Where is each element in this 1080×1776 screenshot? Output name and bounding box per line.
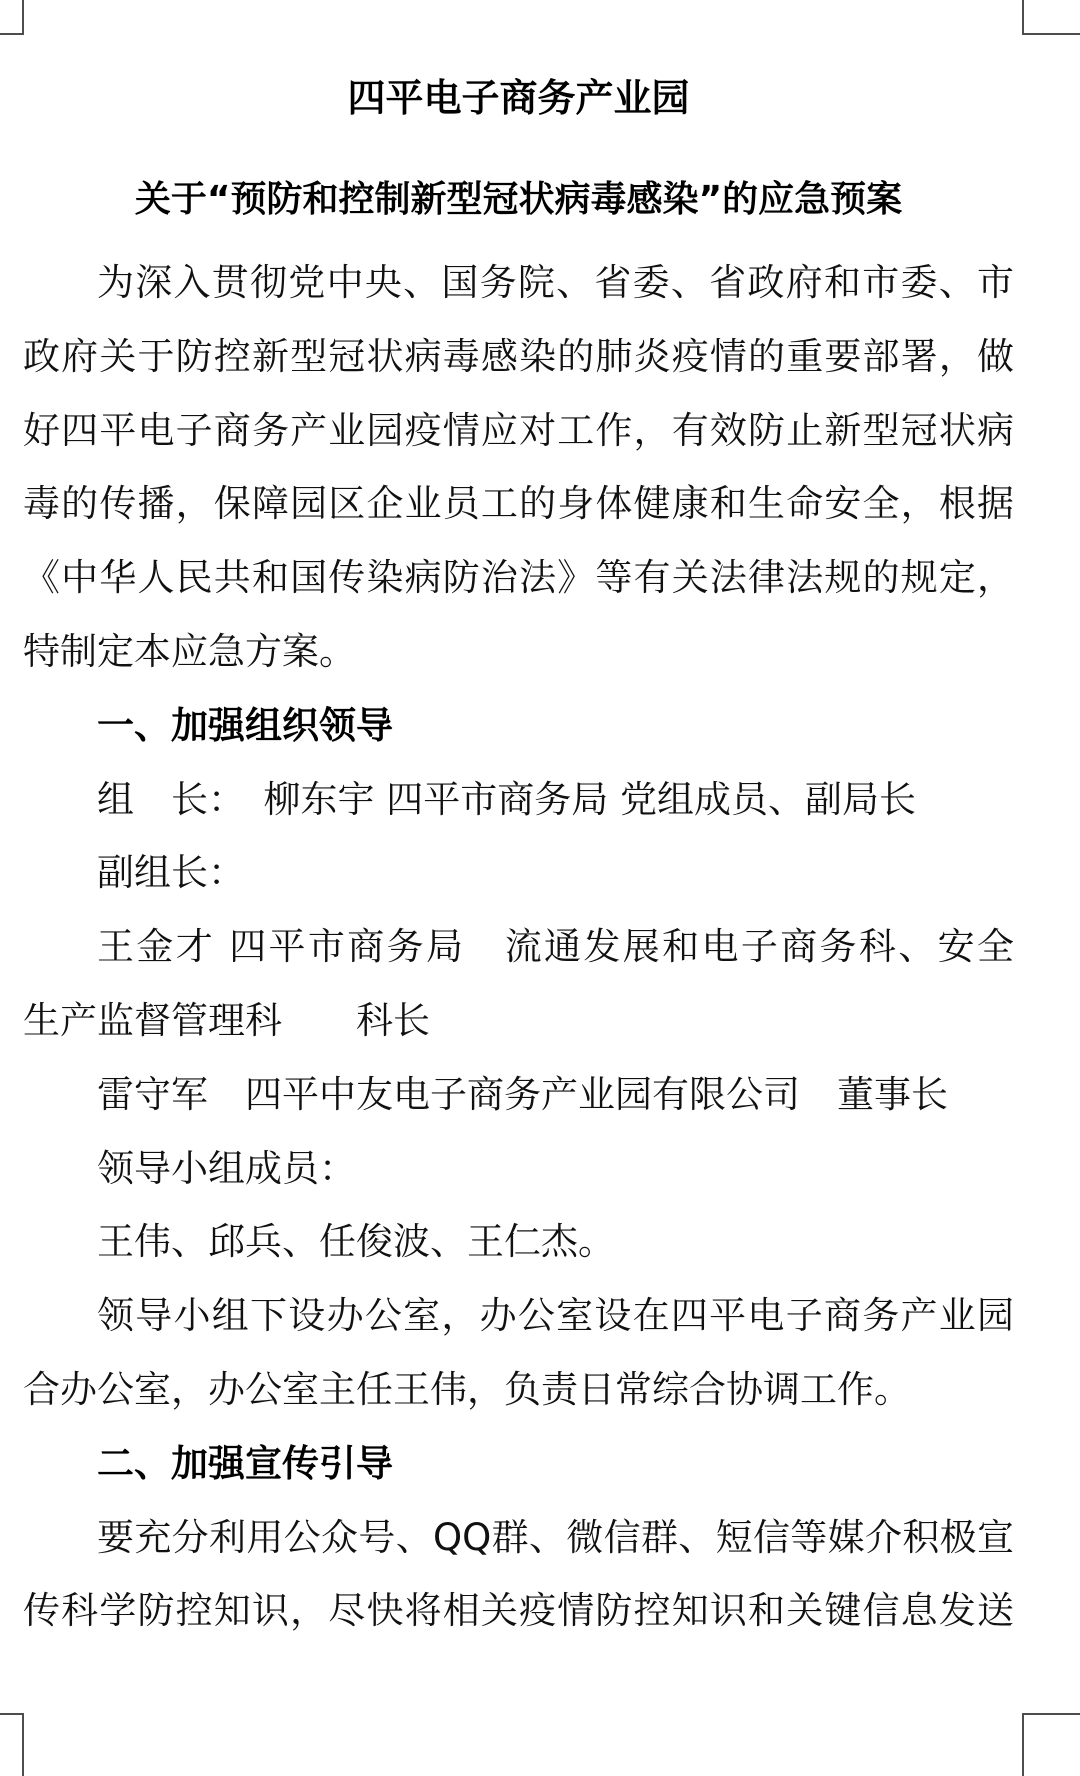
document-text-line: 《中华人民共和国传染病防治法》等有关法律法规的规定，	[23, 541, 1014, 615]
document-text-line: 毒的传播，保障园区企业员工的身体健康和生命安全，根据	[23, 467, 1014, 541]
document-text-line: 王伟、邱兵、任俊波、王仁杰。	[23, 1205, 1014, 1279]
document-text-line: 副组长：	[23, 836, 1014, 910]
document-text-line: 传科学防控知识，尽快将相关疫情防控知识和关键信息发送	[23, 1574, 1014, 1648]
document-text-line: 领导小组下设办公室，办公室设在四平电子商务产业园综	[23, 1279, 1014, 1353]
document-text-line: 特制定本应急方案。	[23, 615, 1014, 689]
document-body: 为深入贯彻党中央、国务院、省委、省政府和市委、市政府关于防控新型冠状病毒感染的肺…	[23, 246, 1014, 1648]
document-page: 四平电子商务产业园 关于“预防和控制新型冠状病毒感染”的应急预案 为深入贯彻党中…	[0, 0, 1080, 1776]
document-text-line: 领导小组成员：	[23, 1132, 1014, 1206]
document-text-line: 合办公室，办公室主任王伟，负责日常综合协调工作。	[23, 1353, 1014, 1427]
document-text-line: 生产监督管理科 科长	[23, 984, 1014, 1058]
crop-mark-bottom-left	[0, 1713, 24, 1776]
crop-mark-bottom-right	[1022, 1713, 1080, 1776]
document-text-line: 王金才 四平市商务局 流通发展和电子商务科、安全	[23, 910, 1014, 984]
crop-mark-top-right	[1022, 0, 1080, 35]
document-title: 四平电子商务产业园	[23, 61, 1014, 135]
document-subtitle: 关于“预防和控制新型冠状病毒感染”的应急预案	[23, 163, 1014, 237]
document-text-line: 为深入贯彻党中央、国务院、省委、省政府和市委、市	[23, 246, 1014, 320]
crop-mark-top-left	[0, 0, 24, 35]
document-text-line: 政府关于防控新型冠状病毒感染的肺炎疫情的重要部署，做	[23, 320, 1014, 394]
document-text-line: 二、加强宣传引导	[23, 1427, 1014, 1501]
document-text-line: 雷守军 四平中友电子商务产业园有限公司 董事长	[23, 1058, 1014, 1132]
document-text-line: 组 长： 柳东宇 四平市商务局 党组成员、副局长	[23, 763, 1014, 837]
document-text-line: 一、加强组织领导	[23, 689, 1014, 763]
document-text-line: 要充分利用公众号、QQ群、微信群、短信等媒介积极宣	[23, 1501, 1014, 1575]
document-text-line: 好四平电子商务产业园疫情应对工作，有效防止新型冠状病	[23, 394, 1014, 468]
